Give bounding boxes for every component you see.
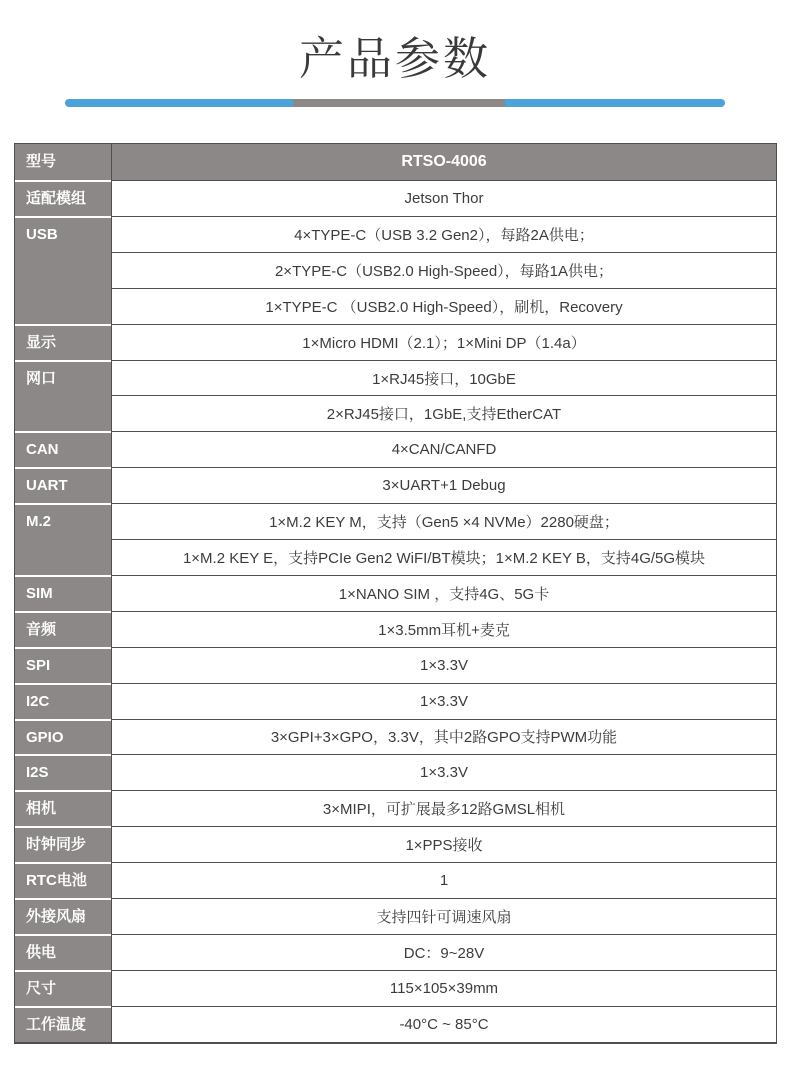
spec-value-m2-2: 1×M.2 KEY E，支持PCIe Gen2 WiFI/BT模块；1×M.2 … <box>111 539 776 575</box>
spec-label-can: CAN <box>15 431 111 467</box>
spec-value-model: RTSO-4006 <box>111 144 776 180</box>
spec-value-operating-temp: -40°C ~ 85°C <box>111 1006 776 1042</box>
spec-value-ethernet-2: 2×RJ45接口，1GbE,支持EtherCAT <box>111 395 776 431</box>
spec-value-uart: 3×UART+1 Debug <box>111 467 776 503</box>
spec-label-dimensions: 尺寸 <box>15 970 111 1006</box>
spec-label-operating-temp: 工作温度 <box>15 1006 111 1042</box>
spec-value-usb-3: 1×TYPE-C （USB2.0 High-Speed），刷机，Recovery <box>111 288 776 324</box>
spec-label-power: 供电 <box>15 934 111 970</box>
divider-segment-blue-right <box>505 99 725 107</box>
spec-value-usb-2: 2×TYPE-C（USB2.0 High-Speed），每路1A供电； <box>111 252 776 288</box>
spec-label-i2s: I2S <box>15 754 111 790</box>
spec-value-camera: 3×MIPI，可扩展最多12路GMSL相机 <box>111 790 776 826</box>
spec-value-can: 4×CAN/CANFD <box>111 431 776 467</box>
spec-value-sim: 1×NANO SIM ，支持4G、5G卡 <box>111 575 776 611</box>
spec-value-spi: 1×3.3V <box>111 647 776 683</box>
spec-label-display: 显示 <box>15 324 111 360</box>
spec-label-i2c: I2C <box>15 683 111 719</box>
spec-value-usb-1: 4×TYPE-C（USB 3.2 Gen2），每路2A供电； <box>111 216 776 252</box>
title-divider-bar <box>65 99 725 107</box>
spec-label-sim: SIM <box>15 575 111 611</box>
spec-label-ethernet: 网口 <box>15 360 111 432</box>
spec-label-model: 型号 <box>15 144 111 180</box>
spec-label-module: 适配模组 <box>15 180 111 216</box>
divider-segment-blue-left <box>65 99 293 107</box>
spec-value-ethernet-1: 1×RJ45接口，10GbE <box>111 360 776 396</box>
spec-value-audio: 1×3.5mm耳机+麦克 <box>111 611 776 647</box>
spec-value-time-sync: 1×PPS接收 <box>111 826 776 862</box>
spec-label-fan: 外接风扇 <box>15 898 111 934</box>
spec-value-i2c: 1×3.3V <box>111 683 776 719</box>
product-spec-table: 型号 RTSO-4006 适配模组 Jetson Thor USB 4×TYPE… <box>14 143 777 1043</box>
spec-label-time-sync: 时钟同步 <box>15 826 111 862</box>
spec-label-spi: SPI <box>15 647 111 683</box>
spec-value-i2s: 1×3.3V <box>111 754 776 790</box>
spec-value-display: 1×Micro HDMI（2.1）；1×Mini DP（1.4a） <box>111 324 776 360</box>
spec-label-rtc-battery: RTC电池 <box>15 862 111 898</box>
spec-label-usb: USB <box>15 216 111 324</box>
spec-value-gpio: 3×GPI+3×GPO，3.3V，其中2路GPO支持PWM功能 <box>111 719 776 755</box>
spec-label-uart: UART <box>15 467 111 503</box>
spec-value-module: Jetson Thor <box>111 180 776 216</box>
spec-label-m2: M.2 <box>15 503 111 575</box>
spec-label-gpio: GPIO <box>15 719 111 755</box>
spec-value-fan: 支持四针可调速风扇 <box>111 898 776 934</box>
spec-value-rtc-battery: 1 <box>111 862 776 898</box>
spec-value-dimensions: 115×105×39mm <box>111 970 776 1006</box>
spec-value-m2-1: 1×M.2 KEY M，支持（Gen5 ×4 NVMe）2280硬盘； <box>111 503 776 539</box>
spec-value-power: DC：9~28V <box>111 934 776 970</box>
spec-label-audio: 音频 <box>15 611 111 647</box>
divider-segment-gray <box>293 99 505 107</box>
spec-label-camera: 相机 <box>15 790 111 826</box>
page-title: 产品参数 <box>0 31 790 87</box>
